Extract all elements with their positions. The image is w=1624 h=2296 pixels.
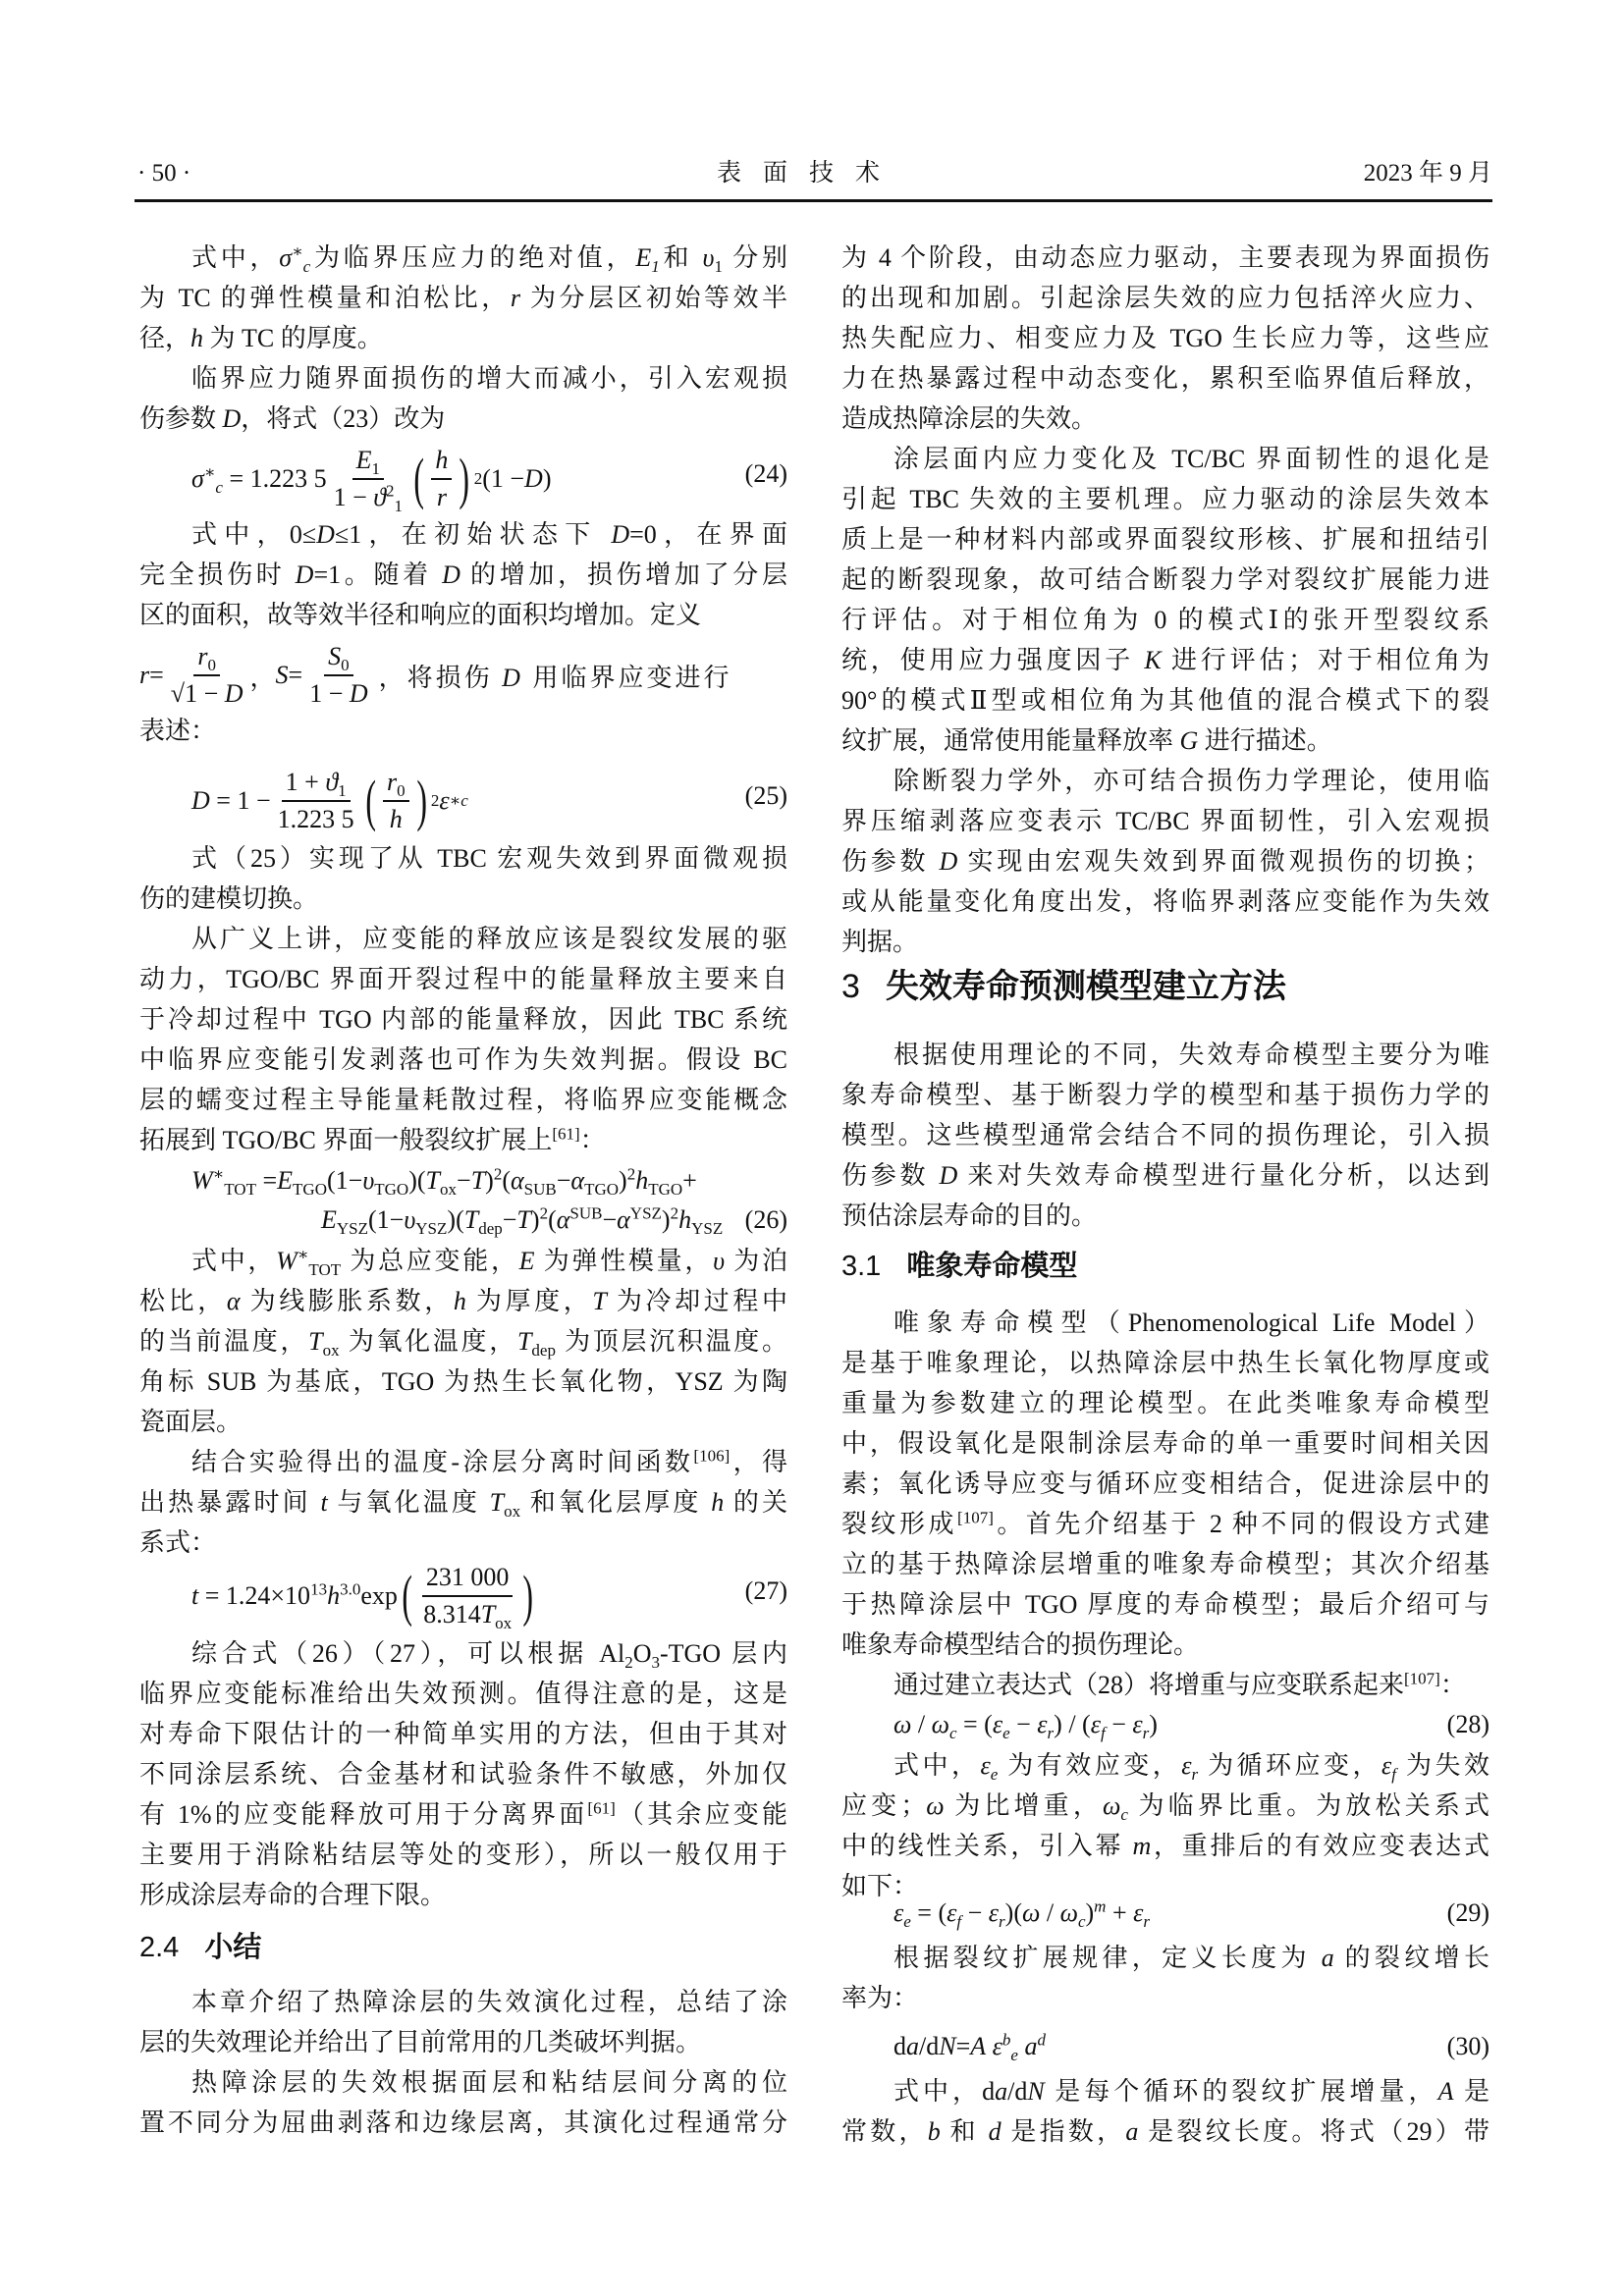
text-line: 象寿命模型、基于断裂力学的模型和基于损伤力学的 xyxy=(841,1075,1489,1115)
text-line: 综合式（26）（27），可以根据 Al2O3-TGO 层内 xyxy=(139,1633,787,1674)
text-line: 根据使用理论的不同，失效寿命模型主要分为唯 xyxy=(841,1035,1489,1075)
text-line: 为 4 个阶段，由动态应力驱动，主要表现为界面损伤 xyxy=(841,238,1489,278)
equation-eq26-line-2: EYSZ(1−υYSZ)(Tdep−T)2(αSUB−αYSZ)2hYSZ(26… xyxy=(139,1201,787,1240)
text-line: 中的线性关系，引入幂 m，重排后的有效应变表达式 xyxy=(841,1826,1489,1866)
text-line: 临界应力随界面损伤的增大而减小，引入宏观损 xyxy=(139,358,787,399)
text-line: 表述： xyxy=(139,711,787,751)
text-line: 本章介绍了热障涂层的失效演化过程，总结了涂 xyxy=(139,1982,787,2022)
text-line: 层的失效理论并给出了目前常用的几类破坏判据。 xyxy=(139,2022,787,2062)
text-line: 完全损伤时 D=1。随着 D 的增加，损伤增加了分层 xyxy=(139,555,787,595)
text-line: 式中，da/dN 是每个循环的裂纹扩展增量，A 是 xyxy=(841,2071,1489,2111)
text-line: 临界应变能标准给出失效预测。值得注意的是，这是 xyxy=(139,1674,787,1714)
text-line: 式中，εe 为有效应变，εr 为循环应变，εf 为失效 xyxy=(841,1745,1489,1786)
equation-eq25: D = 1 −1 + ϑ11.223 5(r0h)2 ε∗c(25) xyxy=(139,762,787,840)
text-line: 中临界应变能引发剥落也可作为失效判据。假设 BC xyxy=(139,1040,787,1080)
text-line: 于热障涂层中 TGO 厚度的寿命模型；最后介绍可与 xyxy=(841,1584,1489,1625)
text-line: 起的断裂现象，故可结合断裂力学对裂纹扩展能力进 xyxy=(841,560,1489,600)
text-line: 纹扩展，通常使用能量释放率 G 进行描述。 xyxy=(841,721,1489,761)
equation-eq30: da/dN=A εbe ad(30) xyxy=(841,2027,1489,2066)
text-line: 行评估。对于相位角为 0 的模式Ⅰ的张开型裂纹系 xyxy=(841,600,1489,640)
fraction: 231 0008.314Tox xyxy=(419,1560,515,1632)
text-line: 对寿命下限估计的一种简单实用的方法，但由于其对 xyxy=(139,1714,787,1754)
text-line: 立的基于热障涂层增重的唯象寿命模型；其次介绍基 xyxy=(841,1544,1489,1584)
text-line: 的当前温度，Tox 为氧化温度，Tdep 为顶层沉积温度。 xyxy=(139,1321,787,1362)
equation-eq27: t = 1.24×1013h3.0exp(231 0008.314Tox)(27… xyxy=(139,1555,787,1637)
text-line: 伤参数 D，将式（23）改为 xyxy=(139,399,787,439)
section-title: 唯象寿命模型 xyxy=(906,1251,1077,1282)
text-line: 重量为参数建立的理论模型。在此类唯象寿命模型 xyxy=(841,1383,1489,1423)
text-line: 层的蠕变过程主导能量耗散过程，将临界应变能概念 xyxy=(139,1080,787,1120)
text-line: 式中，σ∗c为临界压应力的绝对值，E1和 υ1 分别 xyxy=(139,238,787,278)
text-line: 中，假设氧化是限制涂层寿命的单一重要时间相关因 xyxy=(841,1423,1489,1464)
equation-eq24: σ∗c = 1.223 5E11 − ϑ21(hr)2 (1 − D)(24) xyxy=(139,440,787,518)
text-line: 为 TC 的弹性模量和泊松比，r 为分层区初始等效半 xyxy=(139,278,787,318)
text-line: 结合实验得出的温度-涂层分离时间函数[106]，得 xyxy=(139,1442,787,1482)
text-line: 松比，α 为线膨胀系数，h 为厚度，T 为冷却过程中 xyxy=(139,1281,787,1321)
text-line: 裂纹形成[107]。首先介绍基于 2 种不同的假设方式建 xyxy=(841,1504,1489,1544)
text-line: 是基于唯象理论，以热障涂层中热生长氧化物厚度或 xyxy=(841,1343,1489,1383)
text-line: 造成热障涂层的失效。 xyxy=(841,399,1489,439)
fraction: S01 − D xyxy=(305,639,371,712)
fraction: hr xyxy=(431,443,452,515)
equation-eq28: ω / ωc = (εe − εr) / (εf − εr)(28) xyxy=(841,1705,1489,1744)
equation-number: (28) xyxy=(1447,1705,1489,1744)
fraction: 1 + ϑ11.223 5 xyxy=(274,765,358,837)
text-line: 的出现和加剧。引起涂层失效的应力包括淬火应力、 xyxy=(841,278,1489,318)
text-line: 于冷却过程中 TGO 内部的能量释放，因此 TBC 系统 xyxy=(139,999,787,1040)
text-line: 伤参数 D 实现由宏观失效到界面微观损伤的切换； xyxy=(841,841,1489,881)
text-line: 界压缩剥落应变表示 TC/BC 界面韧性，引入宏观损 xyxy=(841,801,1489,841)
text-line: 唯象寿命模型（Phenomenological Life Model） xyxy=(841,1303,1489,1343)
section-heading-sec-2-4: 2.4小结 xyxy=(139,1928,261,1967)
text-line: 率为： xyxy=(841,1978,1489,2018)
text-line: 素；氧化诱导应变与循环应变相结合，促进涂层中的 xyxy=(841,1464,1489,1504)
text-line: 或从能量变化角度出发，将临界剥落应变能作为失效 xyxy=(841,881,1489,922)
equation-number: (29) xyxy=(1447,1894,1489,1933)
section-title: 失效寿命预测模型建立方法 xyxy=(886,968,1286,1005)
text-line: 形成涂层寿命的合理下限。 xyxy=(139,1875,787,1915)
section-heading-sec-3: 3失效寿命预测模型建立方法 xyxy=(841,965,1286,1008)
section-title: 小结 xyxy=(204,1932,261,1963)
left-column: 式中，σ∗c为临界压应力的绝对值，E1和 υ1 分别为 TC 的弹性模量和泊松比… xyxy=(139,0,787,2296)
text-line: 瓷面层。 xyxy=(139,1402,787,1442)
text-line: 通过建立表达式（28）将增重与应变联系起来[107]： xyxy=(841,1665,1489,1705)
text-line: 统，使用应力强度因子 K 进行评估；对于相位角为 xyxy=(841,640,1489,680)
text-line: 区的面积，故等效半径和响应的面积均增加。定义 xyxy=(139,595,787,635)
equation-number: (27) xyxy=(745,1576,787,1606)
text-line: 90°的模式Ⅱ型或相位角为其他值的混合模式下的裂 xyxy=(841,680,1489,721)
text-line: 主要用于消除粘结层等处的变形），所以一般仅用于 xyxy=(139,1835,787,1875)
equation-number: (24) xyxy=(745,459,787,489)
text-line: 伤的建模切换。 xyxy=(139,879,787,919)
text-line: 拓展到 TGO/BC 界面一般裂纹扩展上[61]： xyxy=(139,1120,787,1160)
text-line: 应变；ω 为比增重，ωc 为临界比重。为放松关系式 xyxy=(841,1786,1489,1826)
text-line: 力在热暴露过程中动态变化，累积至临界值后释放， xyxy=(841,358,1489,399)
text-line: 模型。这些模型通常会结合不同的损伤理论，引入损 xyxy=(841,1115,1489,1155)
text-line: 式（25）实现了从 TBC 宏观失效到界面微观损 xyxy=(139,838,787,879)
equation-number: (25) xyxy=(745,781,787,811)
equation-eq29: εe = (εf − εr)(ω / ωc)m + εr(29) xyxy=(841,1894,1489,1933)
fraction: r0h xyxy=(383,765,409,837)
equation-number: (30) xyxy=(1447,2027,1489,2066)
text-line: 动力，TGO/BC 界面开裂过程中的能量释放主要来自 xyxy=(139,959,787,999)
text-line: 从广义上讲，应变能的释放应该是裂纹发展的驱 xyxy=(139,919,787,959)
text-line: 唯象寿命模型结合的损伤理论。 xyxy=(841,1625,1489,1665)
text-line: 伤参数 D 来对失效寿命模型进行量化分析，以达到 xyxy=(841,1155,1489,1196)
section-heading-sec-3-1: 3.1唯象寿命模型 xyxy=(841,1247,1077,1286)
text-line: 不同涂层系统、合金基材和试验条件不敏感，外加仅 xyxy=(139,1754,787,1794)
equation-eq26-line-1: W∗TOT =ETGO(1−υTGO)(Tox−T)2(αSUB−αTGO)2h… xyxy=(139,1161,787,1201)
text-line: 径，h 为 TC 的厚度。 xyxy=(139,318,787,358)
text-line: 常数，b 和 d 是指数，a 是裂纹长度。将式（29）带 xyxy=(841,2111,1489,2152)
equation-number: (26) xyxy=(745,1201,787,1240)
right-column: 为 4 个阶段，由动态应力驱动，主要表现为界面损伤的出现和加剧。引起涂层失效的应… xyxy=(841,0,1489,2296)
text-line: 判据。 xyxy=(841,922,1489,962)
section-number: 2.4 xyxy=(139,1928,179,1967)
text-line: 涂层面内应力变化及 TC/BC 界面韧性的退化是 xyxy=(841,439,1489,479)
text-line: 有 1%的应变能释放可用于分离界面[61]（其余应变能 xyxy=(139,1794,787,1835)
text-line: 热障涂层的失效根据面层和粘结层间分离的位 xyxy=(139,2062,787,2103)
definition-def-r-s: r=r0√1 − D，S=S01 − D，将损伤 D 用临界应变进行 xyxy=(139,636,787,715)
text-line: 引起 TBC 失效的主要机理。应力驱动的涂层失效本 xyxy=(841,479,1489,519)
fraction: r0√1 − D xyxy=(167,639,247,712)
text-line: 出热暴露时间 t 与氧化温度 Tox 和氧化层厚度 h 的关 xyxy=(139,1482,787,1522)
text-line: 角标 SUB 为基底，TGO 为热生长氧化物，YSZ 为陶 xyxy=(139,1362,787,1402)
text-line: 热失配应力、相变应力及 TGO 生长应力等，这些应 xyxy=(841,318,1489,358)
section-number: 3.1 xyxy=(841,1247,881,1286)
fraction: E11 − ϑ21 xyxy=(330,443,406,515)
text-line: 式中，0≤D≤1，在初始状态下 D=0，在界面 xyxy=(139,514,787,555)
text-line: 根据裂纹扩展规律，定义长度为 a 的裂纹增长 xyxy=(841,1938,1489,1978)
text-line: 式中，W∗TOT 为总应变能，E 为弹性模量，υ 为泊 xyxy=(139,1241,787,1281)
text-line: 质上是一种材料内部或界面裂纹形核、扩展和扭结引 xyxy=(841,519,1489,560)
text-line: 预估涂层寿命的目的。 xyxy=(841,1196,1489,1236)
section-number: 3 xyxy=(841,965,860,1008)
text-line: 置不同分为屈曲剥落和边缘层离，其演化过程通常分 xyxy=(139,2103,787,2143)
text-line: 除断裂力学外，亦可结合损伤力学理论，使用临 xyxy=(841,761,1489,801)
